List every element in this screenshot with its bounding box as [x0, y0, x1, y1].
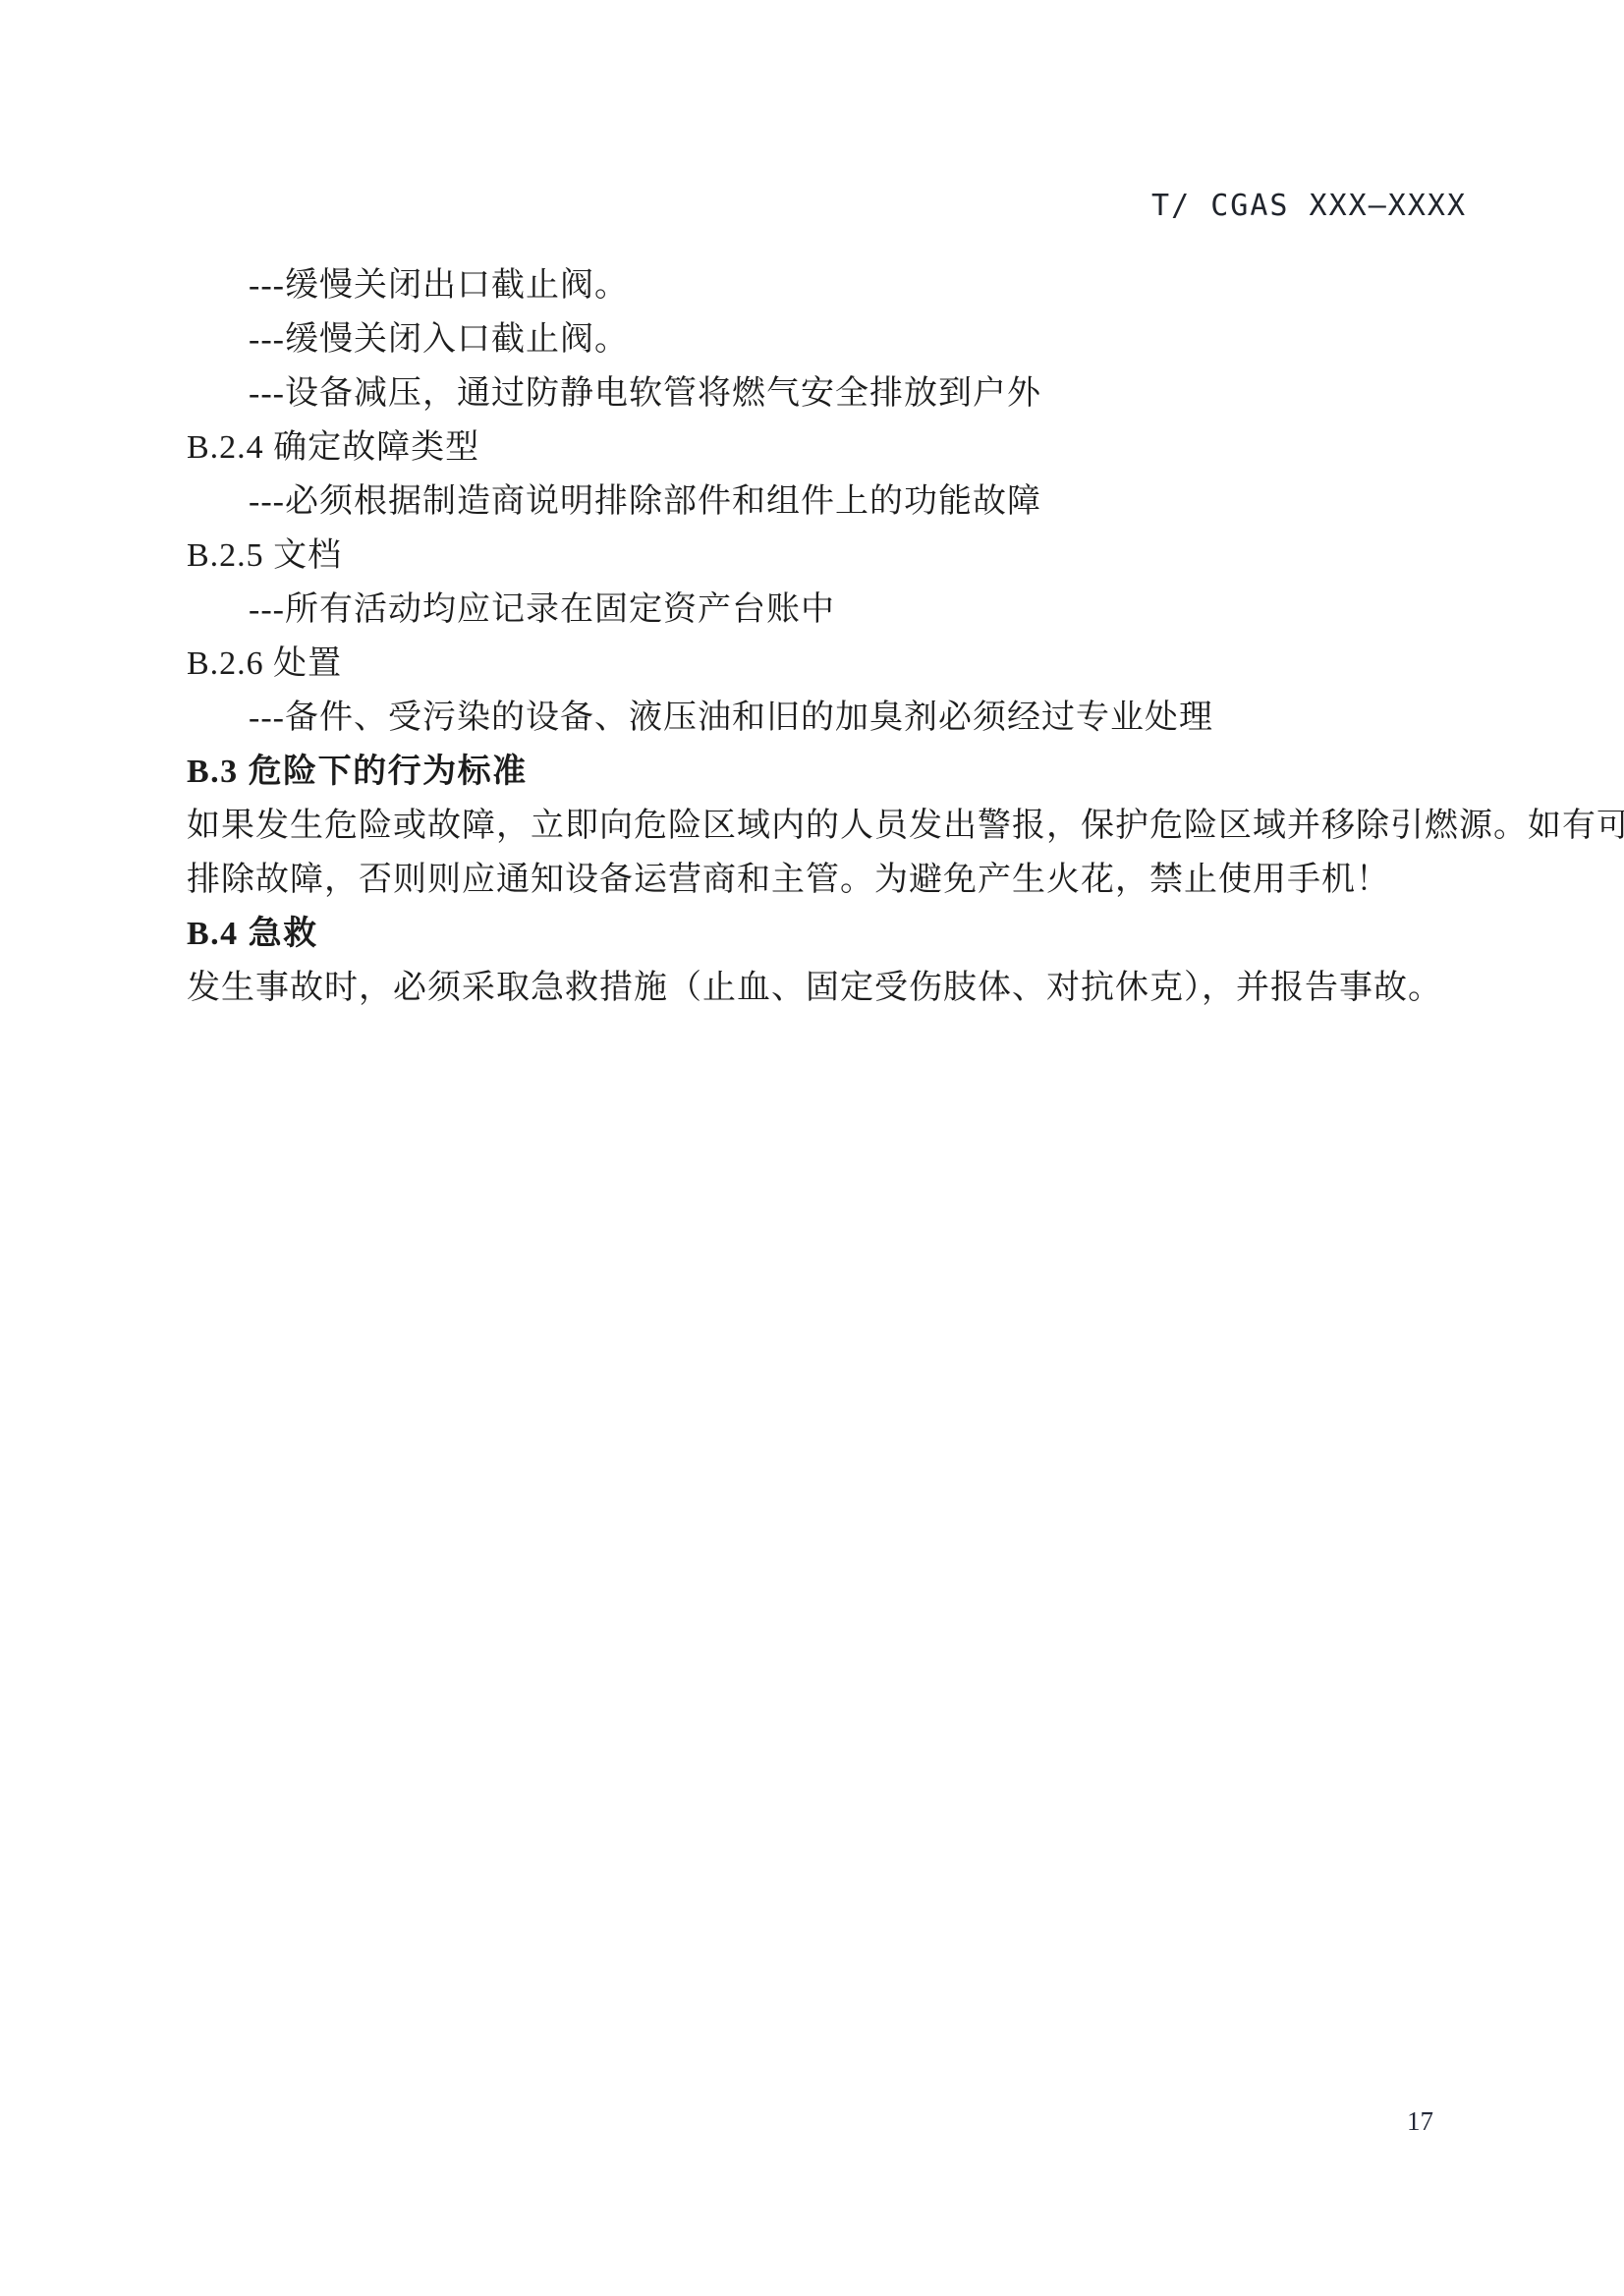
list-item: ---必须根据制造商说明排除部件和组件上的功能故障 [187, 475, 1464, 529]
section-heading: B.2.6 处置 [187, 637, 1464, 691]
page-number: 17 [1407, 2106, 1433, 2137]
section-heading: B.2.5 文档 [187, 529, 1464, 583]
list-item: ---设备减压，通过防静电软管将燃气安全排放到户外 [187, 366, 1464, 420]
paragraph-line: 发生事故时，必须采取急救措施（止血、固定受伤肢体、对抗休克），并报告事故。 [187, 961, 1464, 1015]
list-item: ---缓慢关闭出口截止阀。 [187, 258, 1464, 312]
list-item: ---缓慢关闭入口截止阀。 [187, 312, 1464, 366]
document-body: ---缓慢关闭出口截止阀。 ---缓慢关闭入口截止阀。 ---设备减压，通过防静… [187, 258, 1464, 1015]
section-heading: B.2.4 确定故障类型 [187, 420, 1464, 475]
list-item: ---备件、受污染的设备、液压油和旧的加臭剂必须经过专业处理 [187, 691, 1464, 745]
list-item: ---所有活动均应记录在固定资产台账中 [187, 583, 1464, 637]
section-heading: B.3 危险下的行为标准 [187, 745, 1464, 799]
document-page: T/ CGAS XXX—XXXX ---缓慢关闭出口截止阀。 ---缓慢关闭入口… [0, 0, 1624, 2296]
standard-number-header: T/ CGAS XXX—XXXX [1151, 189, 1467, 223]
paragraph-line: 如果发生危险或故障，立即向危险区域内的人员发出警报，保护危险区域并移除引燃源。如… [187, 799, 1464, 853]
section-heading: B.4 急救 [187, 907, 1464, 961]
paragraph-line: 排除故障，否则则应通知设备运营商和主管。为避免产生火花，禁止使用手机！ [187, 853, 1464, 907]
